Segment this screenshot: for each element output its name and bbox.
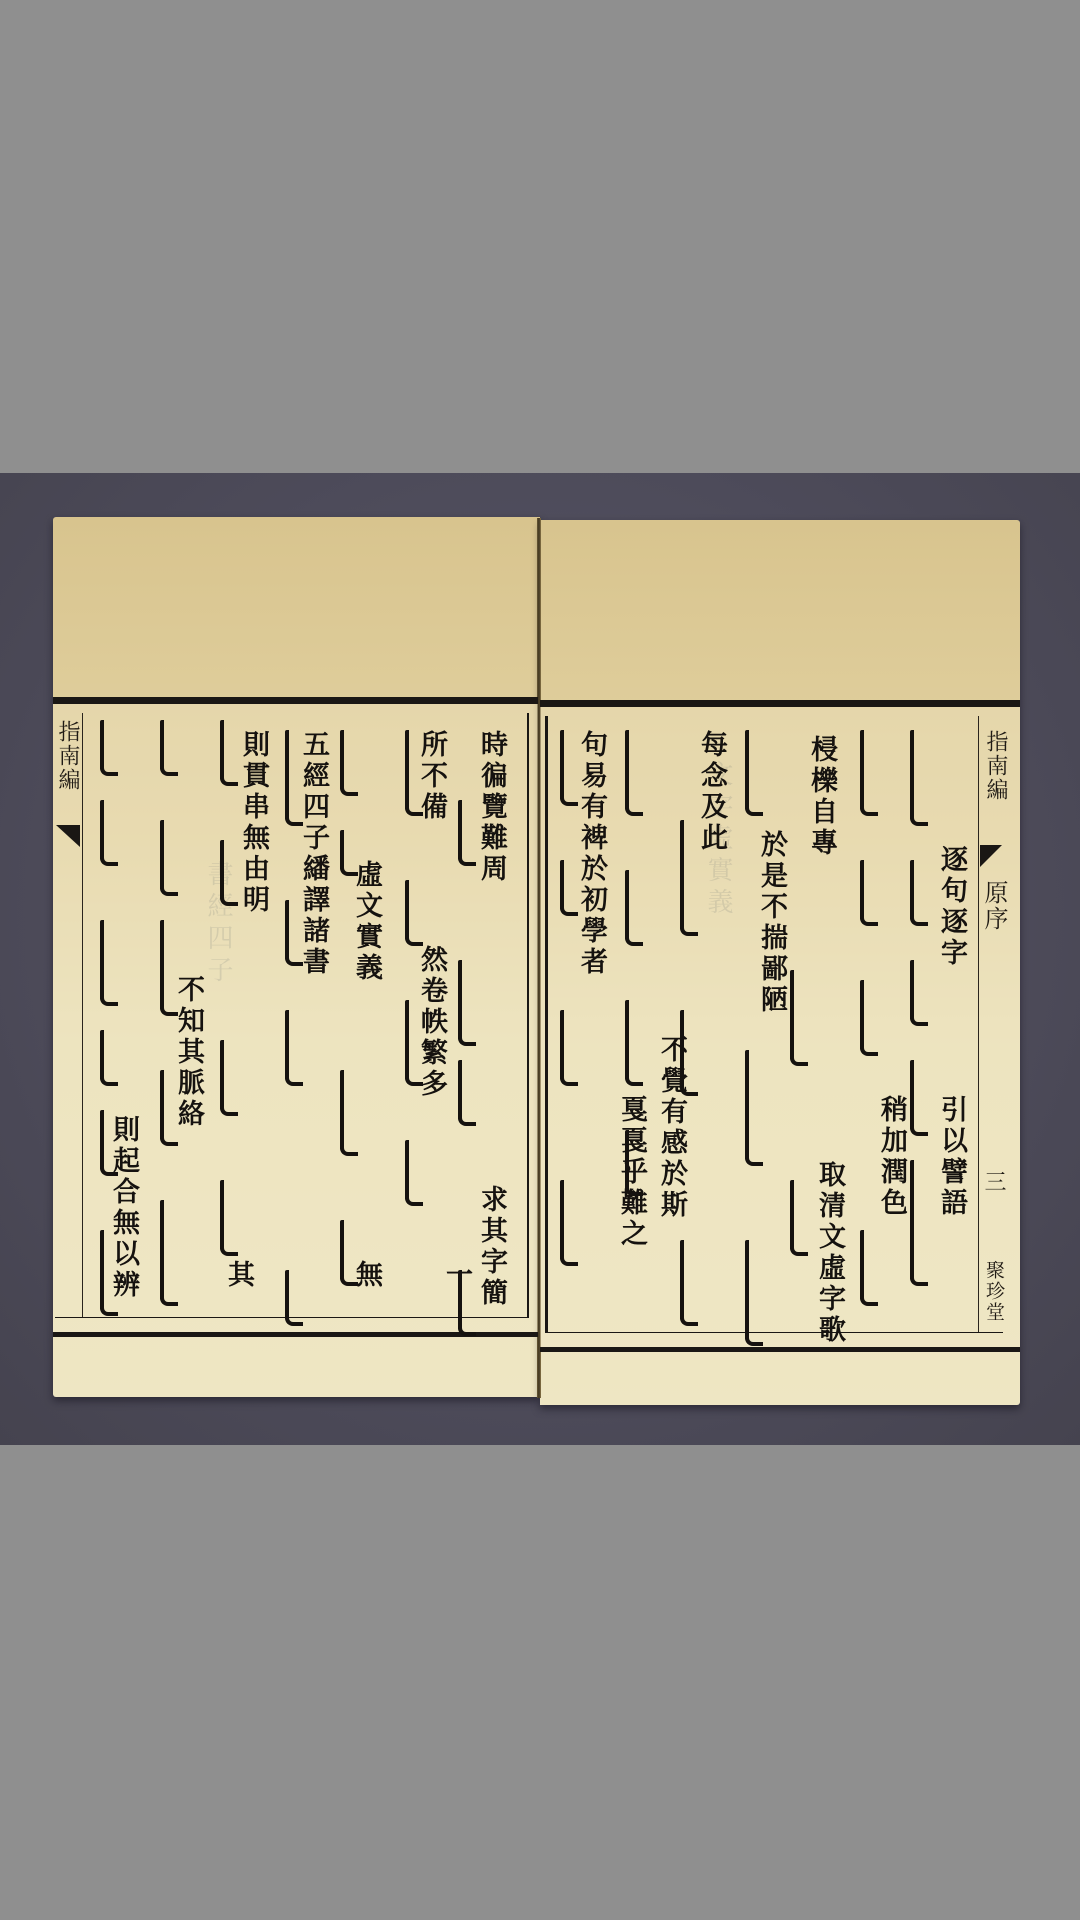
manchu-script-word: [405, 1000, 427, 1080]
manchu-script-word: [285, 900, 307, 960]
manchu-script-word: [405, 880, 427, 940]
page-number: 三: [982, 1170, 1004, 1194]
manchu-script-word: [285, 1010, 307, 1080]
manchu-script-word: [745, 1050, 767, 1160]
manchu-script-word: [285, 730, 307, 820]
manchu-script-word: [790, 1180, 812, 1250]
manchu-script-word: [560, 1180, 582, 1260]
chinese-text-column: 虛文實義: [353, 860, 380, 984]
chinese-text-column: 每念及此: [698, 730, 725, 854]
fish-tail-mark-icon: [56, 825, 80, 847]
chinese-text-column: 稍加潤色: [878, 1095, 905, 1219]
manchu-script-word: [220, 1040, 242, 1110]
manchu-script-word: [100, 1030, 122, 1080]
margin-book-title: 指南編: [56, 720, 78, 792]
margin-book-title: 指南編: [984, 730, 1006, 802]
publisher-name: 聚珍堂: [984, 1260, 1003, 1323]
manchu-script-word: [680, 1010, 702, 1090]
manchu-script-word: [625, 870, 647, 940]
manchu-script-word: [745, 1240, 767, 1340]
manchu-script-word: [910, 1060, 932, 1130]
chinese-text-column: 句易有裨於初學者: [578, 730, 605, 978]
manchu-script-word: [625, 1000, 647, 1080]
chinese-text-column: 引以譬語: [938, 1095, 965, 1219]
manchu-script-word: [100, 800, 122, 860]
chinese-text-column: 則貫串無由明: [240, 730, 267, 916]
manchu-script-word: [560, 1010, 582, 1080]
manchu-script-word: [910, 960, 932, 1020]
chinese-text-column: 求其字簡: [478, 1185, 505, 1309]
manchu-script-word: [458, 960, 480, 1040]
manchu-script-word: [340, 1070, 362, 1150]
manchu-script-word: [405, 1140, 427, 1200]
chinese-text-column: 其: [225, 1260, 252, 1291]
manchu-script-word: [160, 1070, 182, 1140]
manchu-script-word: [340, 730, 362, 790]
margin-rule: [978, 716, 979, 1332]
manchu-script-word: [405, 730, 427, 810]
margin-section-title: 原序: [982, 880, 1006, 932]
manchu-script-word: [790, 970, 812, 1060]
manchu-script-word: [100, 920, 122, 1000]
manchu-script-word: [100, 1110, 122, 1170]
manchu-script-word: [220, 1180, 242, 1250]
manchu-script-word: [160, 720, 182, 770]
manchu-script-word: [910, 730, 932, 820]
manchu-script-word: [340, 830, 362, 870]
manchu-script-word: [860, 730, 882, 810]
manchu-script-word: [625, 1130, 647, 1190]
manchu-script-word: [910, 1160, 932, 1280]
manchu-script-word: [100, 1230, 122, 1310]
chinese-text-column: 於是不揣鄙陋: [758, 830, 785, 1016]
manchu-script-word: [680, 820, 702, 930]
manchu-script-word: [458, 1270, 480, 1330]
manchu-script-word: [458, 800, 480, 860]
fish-tail-mark-icon: [980, 845, 1002, 867]
manchu-script-word: [560, 860, 582, 910]
manchu-script-word: [160, 1200, 182, 1300]
margin-rule: [82, 713, 83, 1317]
manchu-script-word: [625, 730, 647, 810]
manchu-script-word: [680, 1240, 702, 1320]
manchu-script-word: [560, 730, 582, 800]
manchu-script-word: [100, 720, 122, 770]
chinese-text-column: 取清文虛字歌: [816, 1160, 843, 1346]
manchu-script-word: [860, 980, 882, 1050]
manchu-script-word: [910, 860, 932, 920]
manchu-script-word: [860, 1230, 882, 1300]
manchu-script-word: [220, 840, 242, 900]
manchu-script-word: [220, 720, 242, 780]
manchu-script-word: [160, 820, 182, 890]
chinese-text-column: 梫櫟自專: [808, 735, 835, 859]
manchu-script-word: [160, 920, 182, 1010]
chinese-text-column: 逐句逐字: [938, 845, 965, 969]
manchu-script-word: [285, 1270, 307, 1320]
manchu-script-word: [860, 860, 882, 920]
chinese-text-column: 時徧覽難周: [478, 730, 505, 885]
manchu-script-word: [458, 1060, 480, 1120]
right-text-block-border: [545, 716, 1003, 1333]
manchu-script-word: [745, 730, 767, 810]
manchu-script-word: [340, 1220, 362, 1280]
